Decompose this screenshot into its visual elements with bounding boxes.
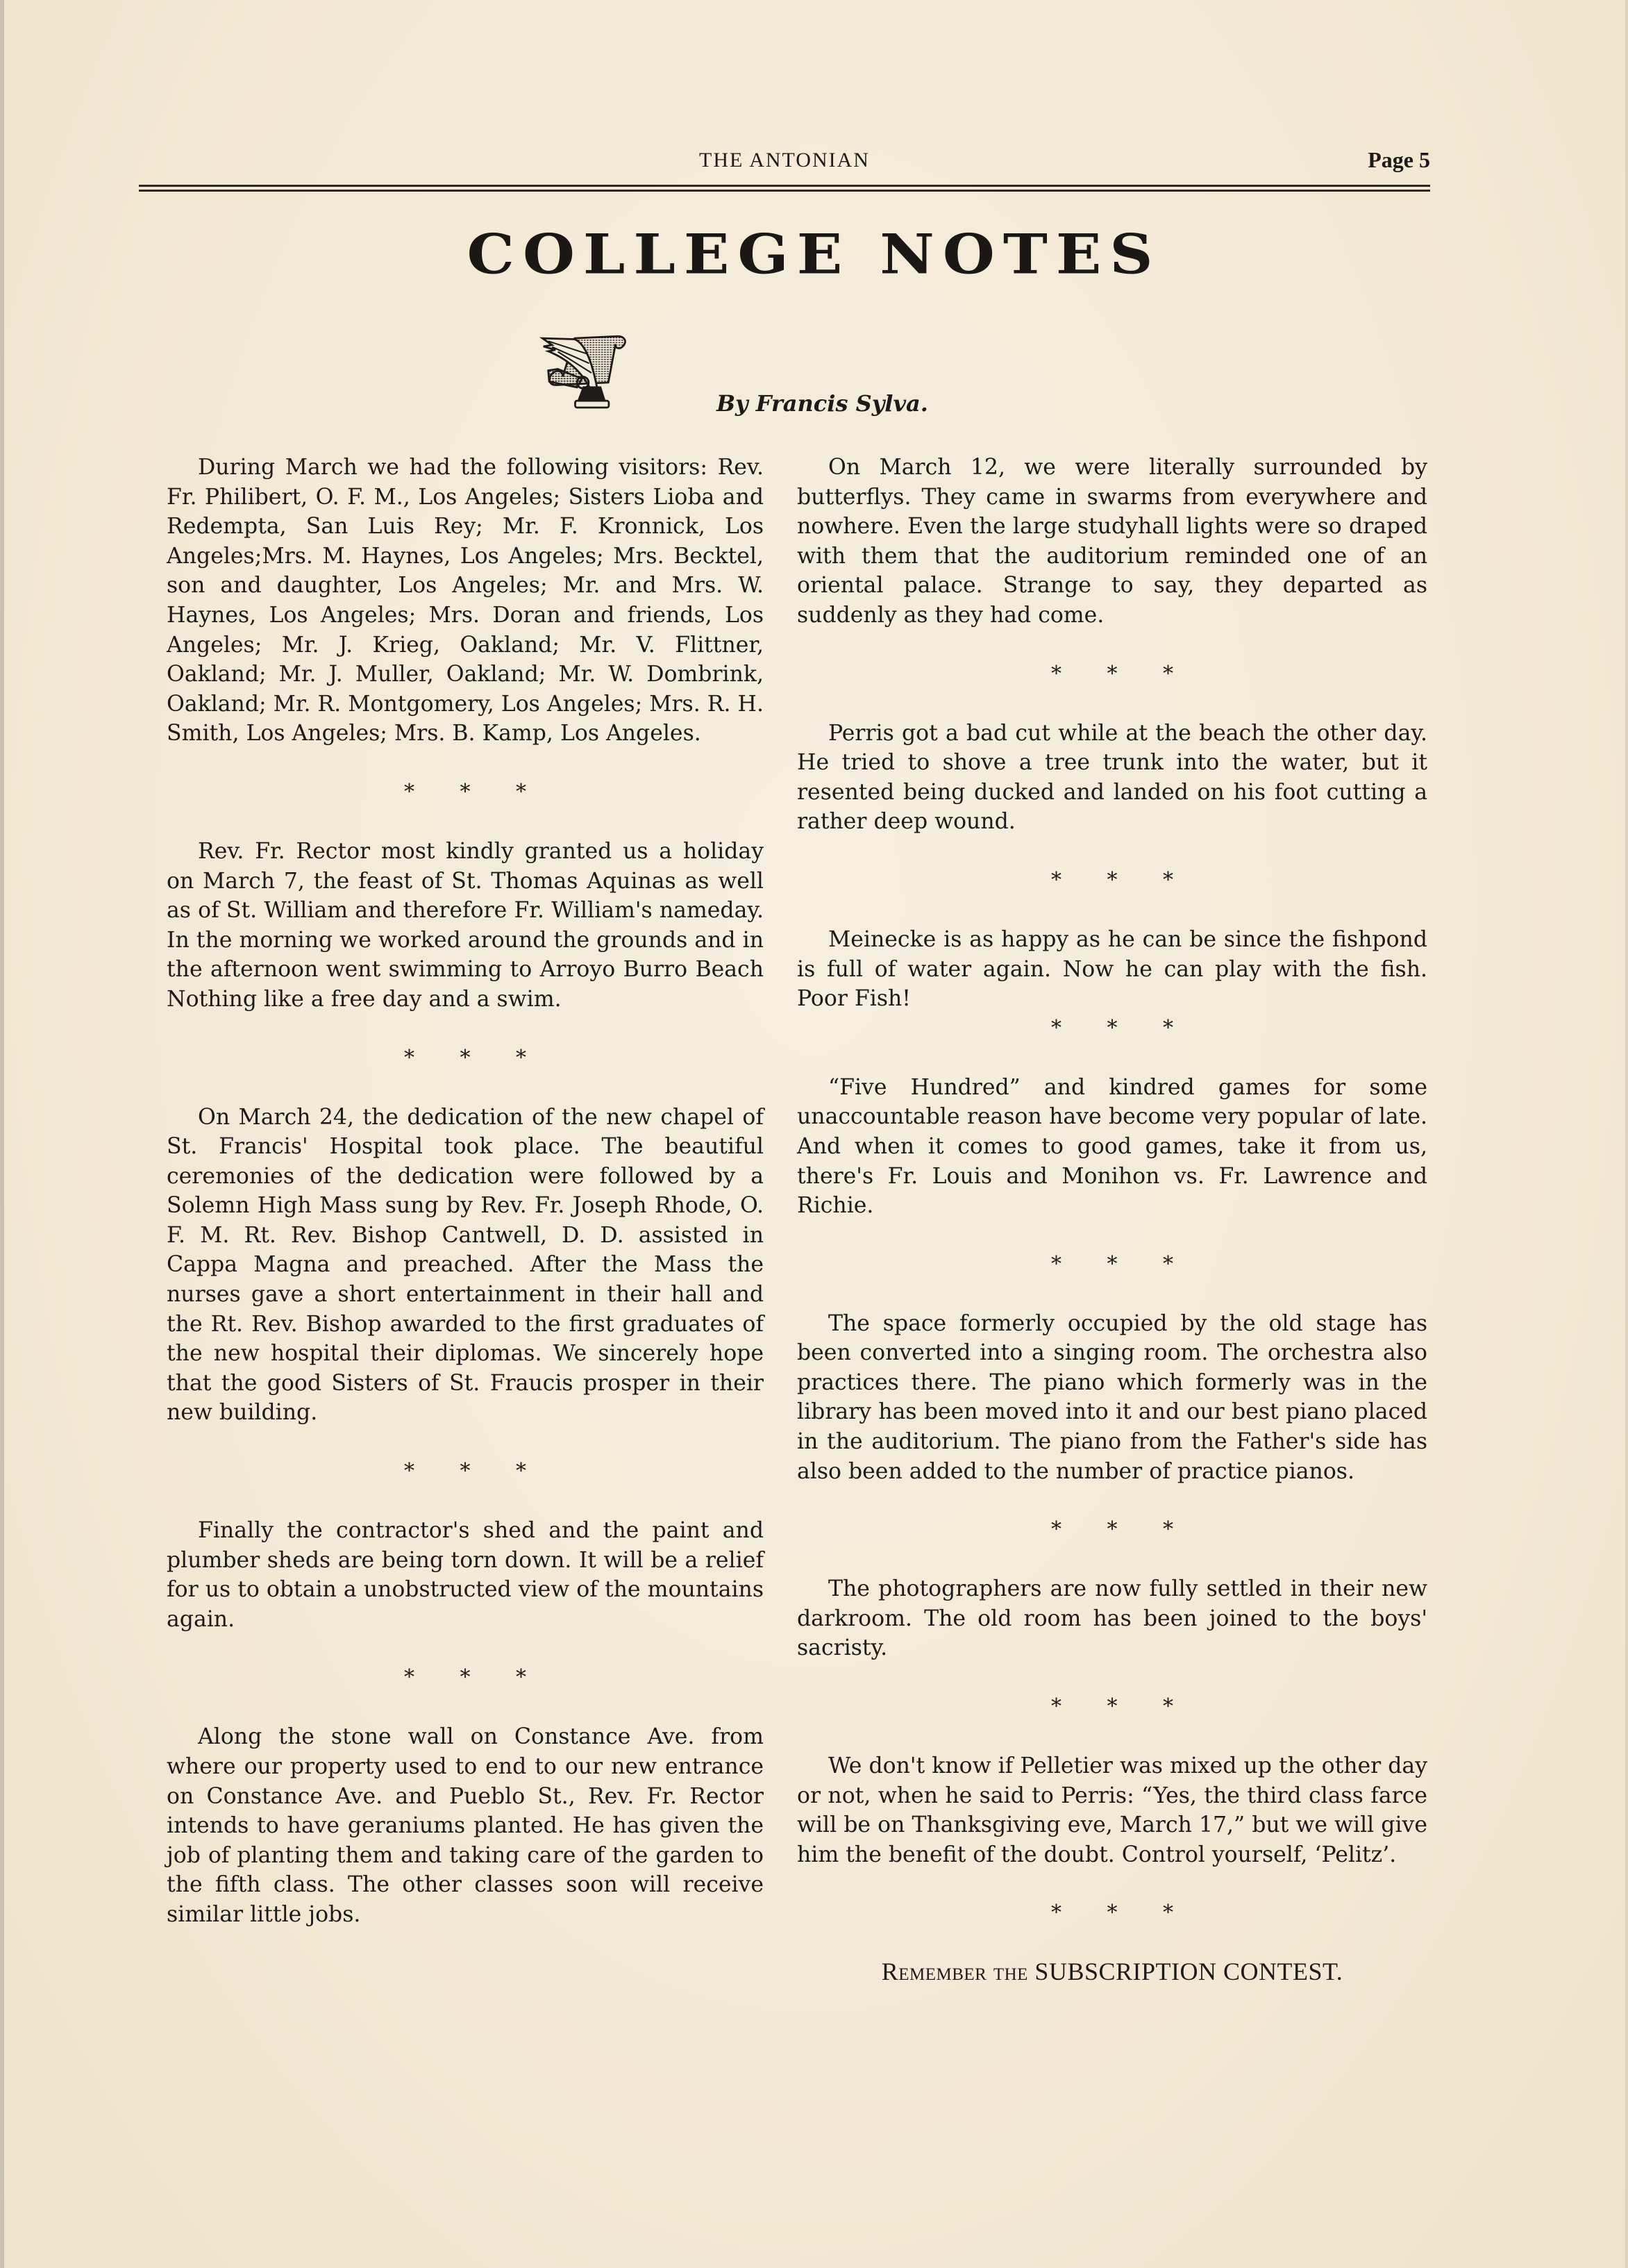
right-column: On March 12, we were literally surrounde… — [797, 453, 1427, 1987]
section-title: COLLEGE NOTES — [0, 222, 1628, 287]
article-paragraph: The space formerly occupied by the old s… — [797, 1309, 1427, 1487]
article-paragraph: During March we had the following visito… — [167, 453, 764, 749]
article-paragraph: The photographers are now fully settled … — [797, 1574, 1427, 1663]
article-paragraph: “Five Hundred” and kindred games for som… — [797, 1073, 1427, 1221]
section-separator: * * * — [167, 1663, 764, 1692]
article-paragraph: We don't know if Pelletier was mixed up … — [797, 1751, 1427, 1869]
article-paragraph: On March 24, the dedication of the new c… — [167, 1103, 764, 1428]
article-paragraph: Meinecke is as happy as he can be since … — [797, 925, 1427, 1014]
subscription-contest-notice: Remember the SUBSCRIPTION CONTEST. — [797, 1957, 1427, 1987]
section-separator: * * * — [797, 1899, 1427, 1928]
article-paragraph: Rev. Fr. Rector most kindly granted us a… — [167, 837, 764, 1015]
publication-name: THE ANTONIAN — [139, 149, 1430, 172]
left-column: During March we had the following visito… — [167, 453, 764, 1930]
article-paragraph: Along the stone wall on Constance Ave. f… — [167, 1722, 764, 1929]
notice-prefix: Remember the — [882, 1958, 1028, 1985]
article-paragraph: On March 12, we were literally surrounde… — [797, 453, 1427, 631]
section-separator: * * * — [797, 1692, 1427, 1721]
article-paragraph: Perris got a bad cut while at the beach … — [797, 719, 1427, 837]
section-separator: * * * — [797, 1250, 1427, 1279]
article-paragraph: Finally the contractor's shed and the pa… — [167, 1516, 764, 1634]
section-separator: * * * — [167, 1044, 764, 1073]
section-separator: * * * — [797, 866, 1427, 895]
page-edge-right — [1625, 0, 1628, 2268]
section-separator: * * * — [167, 1457, 764, 1486]
byline: By Francis Sylva. — [716, 390, 928, 417]
quill-scroll-inkwell-icon — [529, 321, 654, 425]
section-separator: * * * — [167, 778, 764, 807]
section-separator: * * * — [797, 660, 1427, 689]
page-edge-left — [0, 0, 4, 2268]
page-number: Page 5 — [1368, 147, 1430, 173]
header-double-rule — [139, 185, 1430, 192]
running-header: THE ANTONIAN Page 5 — [139, 147, 1430, 175]
notice-emphasis: SUBSCRIPTION CONTEST. — [1034, 1958, 1343, 1985]
section-separator: * * * — [797, 1014, 1427, 1043]
section-separator: * * * — [797, 1515, 1427, 1544]
